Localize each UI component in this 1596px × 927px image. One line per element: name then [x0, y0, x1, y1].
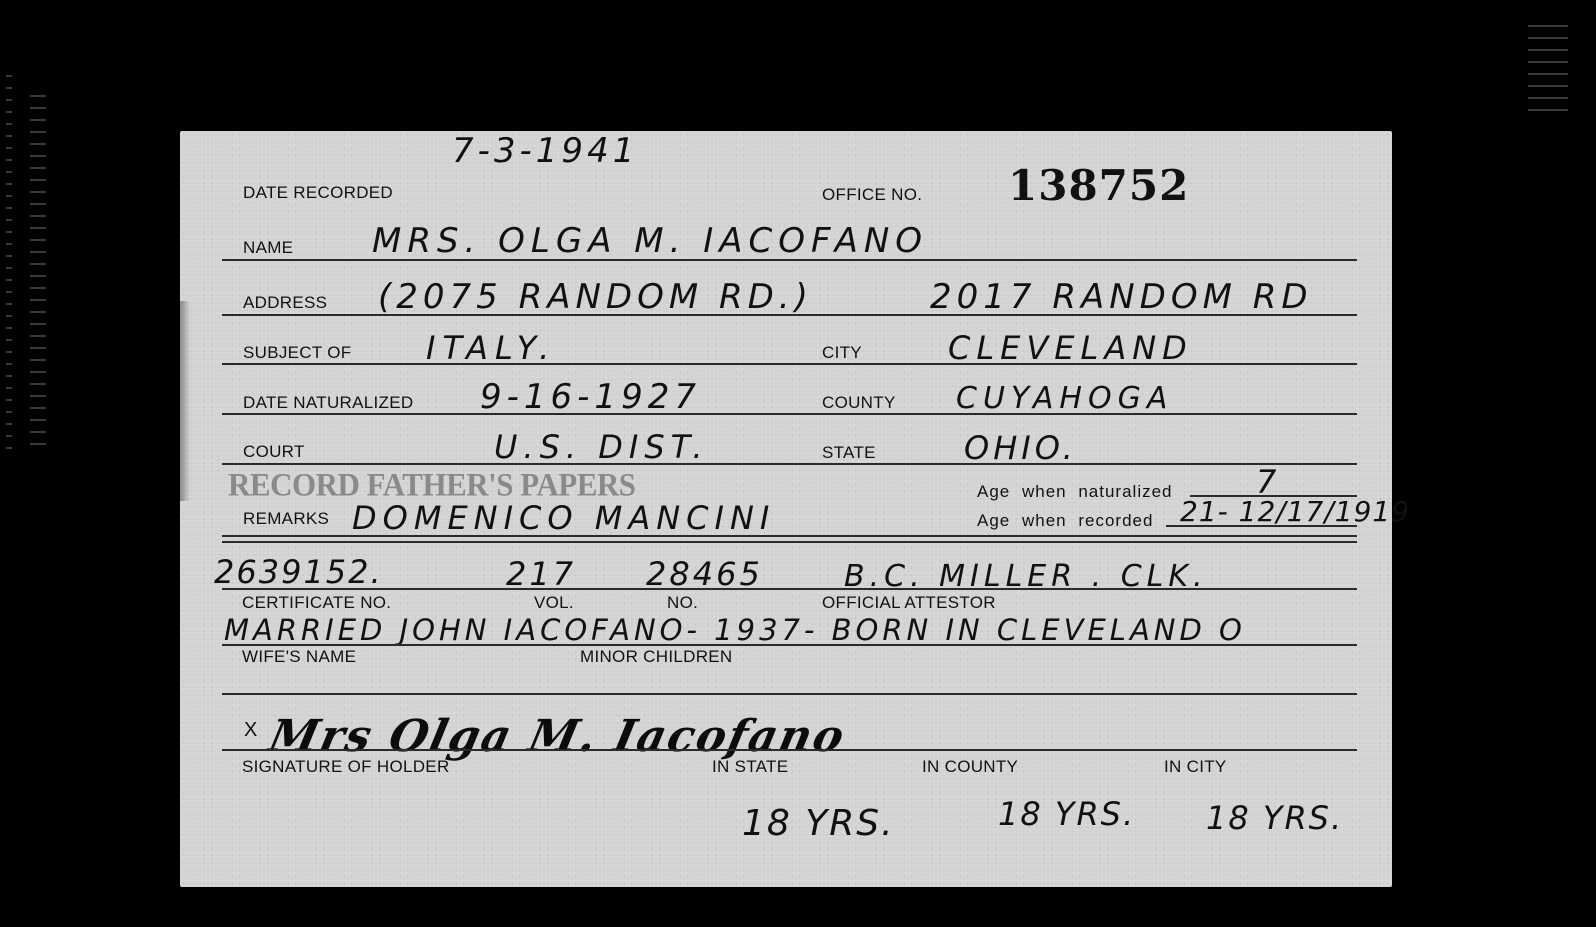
film-edge-left-2	[30, 90, 46, 450]
signature-rule	[222, 749, 1357, 751]
in-county-label: IN COUNTY	[922, 757, 1018, 777]
holder-signature: Mrs Olga M. Iacofano	[265, 711, 851, 762]
certificate-rule	[222, 588, 1357, 590]
name-rule	[222, 259, 1357, 261]
wifes-name-label: WIFE'S NAME	[242, 647, 356, 667]
official-attestor-label: OFFICIAL ATTESTOR	[822, 593, 996, 613]
office-no-label: OFFICE NO.	[822, 185, 922, 205]
signature-mark: X	[244, 719, 258, 742]
name-value: MRS. OLGA M. IACOFANO	[372, 221, 928, 261]
date-naturalized-label: DATE NATURALIZED	[243, 393, 413, 413]
in-county-value: 18 YRS.	[998, 795, 1135, 833]
naturalized-county-rule	[222, 413, 1357, 415]
in-state-label: IN STATE	[712, 757, 788, 777]
in-city-label: IN CITY	[1164, 757, 1227, 777]
city-value: CLEVELAND	[948, 329, 1193, 367]
office-no-value: 138752	[1008, 161, 1189, 210]
age-recorded-rule	[1166, 525, 1357, 527]
court-value: U.S. DIST.	[494, 428, 709, 466]
certificate-no-label: CERTIFICATE NO.	[242, 593, 391, 613]
state-value: OHIO.	[964, 429, 1077, 467]
state-label: STATE	[822, 443, 876, 463]
date-naturalized-value: 9-16-1927	[480, 377, 701, 417]
wifes-name-rule	[222, 644, 1357, 646]
in-state-value: 18 YRS.	[742, 803, 895, 844]
age-recorded-value: 21- 12/17/1919	[1180, 495, 1410, 528]
address-new-value: 2017 RANDOM RD	[930, 277, 1313, 317]
signature-label: SIGNATURE OF HOLDER	[242, 757, 450, 777]
naturalization-record-card: 7-3-1941 DATE RECORDED OFFICE NO. 138752…	[180, 131, 1392, 887]
remarks-rule	[222, 535, 1357, 537]
vol-label: VOL.	[534, 593, 574, 613]
age-recorded-label: Age when recorded	[977, 511, 1153, 531]
court-state-rule	[222, 463, 1357, 465]
certificate-no-value: 2639152.	[214, 553, 383, 591]
subject-city-rule	[222, 363, 1357, 365]
date-recorded-value: 7-3-1941	[452, 131, 638, 171]
name-label: NAME	[243, 238, 293, 258]
age-naturalized-label: Age when naturalized	[977, 482, 1173, 502]
county-value: CUYAHOGA	[956, 381, 1173, 416]
blank-rule	[222, 693, 1357, 695]
remarks-value: DOMENICO MANCINI	[352, 499, 775, 537]
remarks-label: REMARKS	[243, 509, 329, 529]
film-edge-right	[1528, 20, 1568, 120]
film-edge-left	[6, 70, 12, 450]
address-label: ADDRESS	[243, 293, 327, 313]
no-label: NO.	[667, 593, 698, 613]
county-label: COUNTY	[822, 393, 896, 413]
minor-children-label: MINOR CHILDREN	[580, 647, 733, 667]
date-recorded-label: DATE RECORDED	[243, 183, 393, 203]
city-label: CITY	[822, 343, 862, 363]
court-label: COURT	[243, 442, 305, 462]
in-city-value: 18 YRS.	[1206, 799, 1343, 837]
subject-of-value: ITALY.	[426, 329, 556, 367]
remarks-rule-double	[222, 541, 1357, 543]
address-rule	[222, 314, 1357, 316]
address-old-value: (2075 RANDOM RD.)	[378, 277, 813, 317]
wifes-name-value: MARRIED JOHN IACOFANO- 1937- BORN IN CLE…	[224, 613, 1246, 647]
subject-of-label: SUBJECT OF	[243, 343, 351, 363]
